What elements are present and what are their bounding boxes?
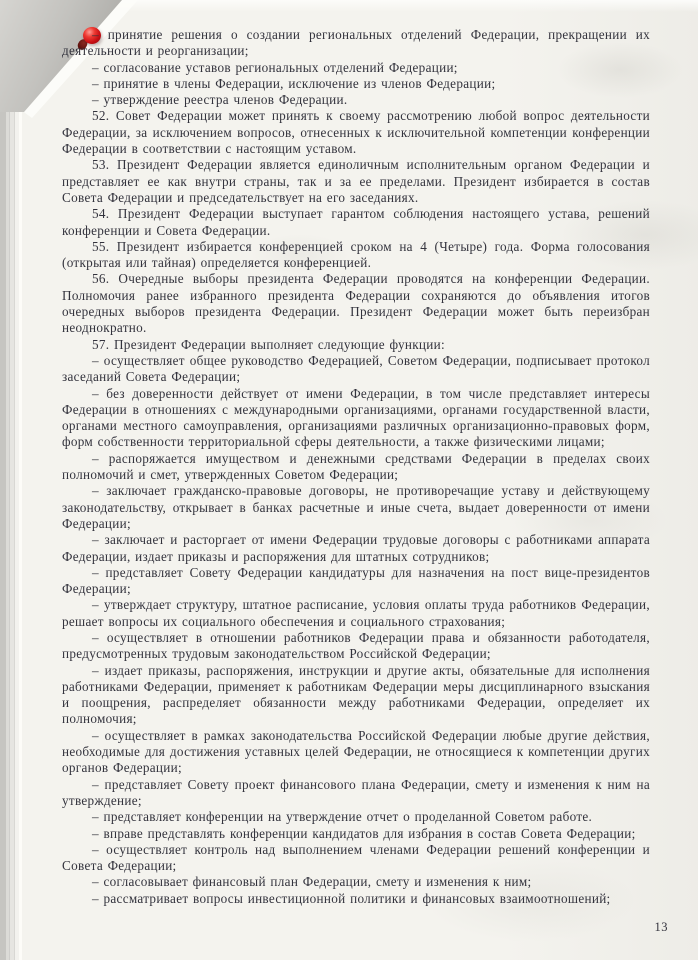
scan-left-edge (0, 96, 22, 960)
paragraph: – вправе представлять конференции кандид… (62, 826, 650, 842)
paragraph: 55. Президент избирается конференцией ср… (62, 239, 650, 272)
paragraph: – представляет Совету проект финансового… (62, 777, 650, 810)
paragraph: – заключает и расторгает от имени Федера… (62, 532, 650, 565)
paragraph: – представляет Совету Федерации кандидат… (62, 565, 650, 598)
paragraph: 53. Президент Федерации является единоли… (62, 157, 650, 206)
paragraph: – согласование уставов региональных отде… (62, 60, 650, 76)
paragraph: – осуществляет общее руководство Федерац… (62, 353, 650, 386)
paragraph: – без доверенности действует от имени Фе… (62, 386, 650, 451)
paragraph: 52. Совет Федерации может принять к свое… (62, 108, 650, 157)
paragraph: – осуществляет в рамках законодательства… (62, 728, 650, 777)
paragraph: – распоряжается имуществом и денежными с… (62, 451, 650, 484)
paragraph: 56. Очередные выборы президента Федераци… (62, 271, 650, 336)
paragraph: 54. Президент Федерации выступает гарант… (62, 206, 650, 239)
paragraph: – принятие в члены Федерации, исключение… (62, 76, 650, 92)
paragraph: – осуществляет в отношении работников Фе… (62, 630, 650, 663)
paragraph: – заключает гражданско-правовые договоры… (62, 483, 650, 532)
paragraph: – издает приказы, распоряжения, инструкц… (62, 663, 650, 728)
document-text: – принятие решения о создании региональн… (62, 27, 650, 907)
paragraph: – принятие решения о создании региональн… (62, 27, 650, 60)
paragraph: – утверждает структуру, штатное расписан… (62, 597, 650, 630)
paragraph: – рассматривает вопросы инвестиционной п… (62, 891, 650, 907)
page-number: 13 (655, 920, 669, 935)
paragraph: 57. Президент Федерации выполняет следую… (62, 337, 650, 353)
paragraph: – представляет конференции на утверждени… (62, 809, 650, 825)
paragraph: – согласовывает финансовый план Федераци… (62, 874, 650, 890)
paragraph: – утверждение реестра членов Федерации. (62, 92, 650, 108)
scanned-document-page: – принятие решения о создании региональн… (0, 0, 698, 960)
paragraph: – осуществляет контроль над выполнением … (62, 842, 650, 875)
